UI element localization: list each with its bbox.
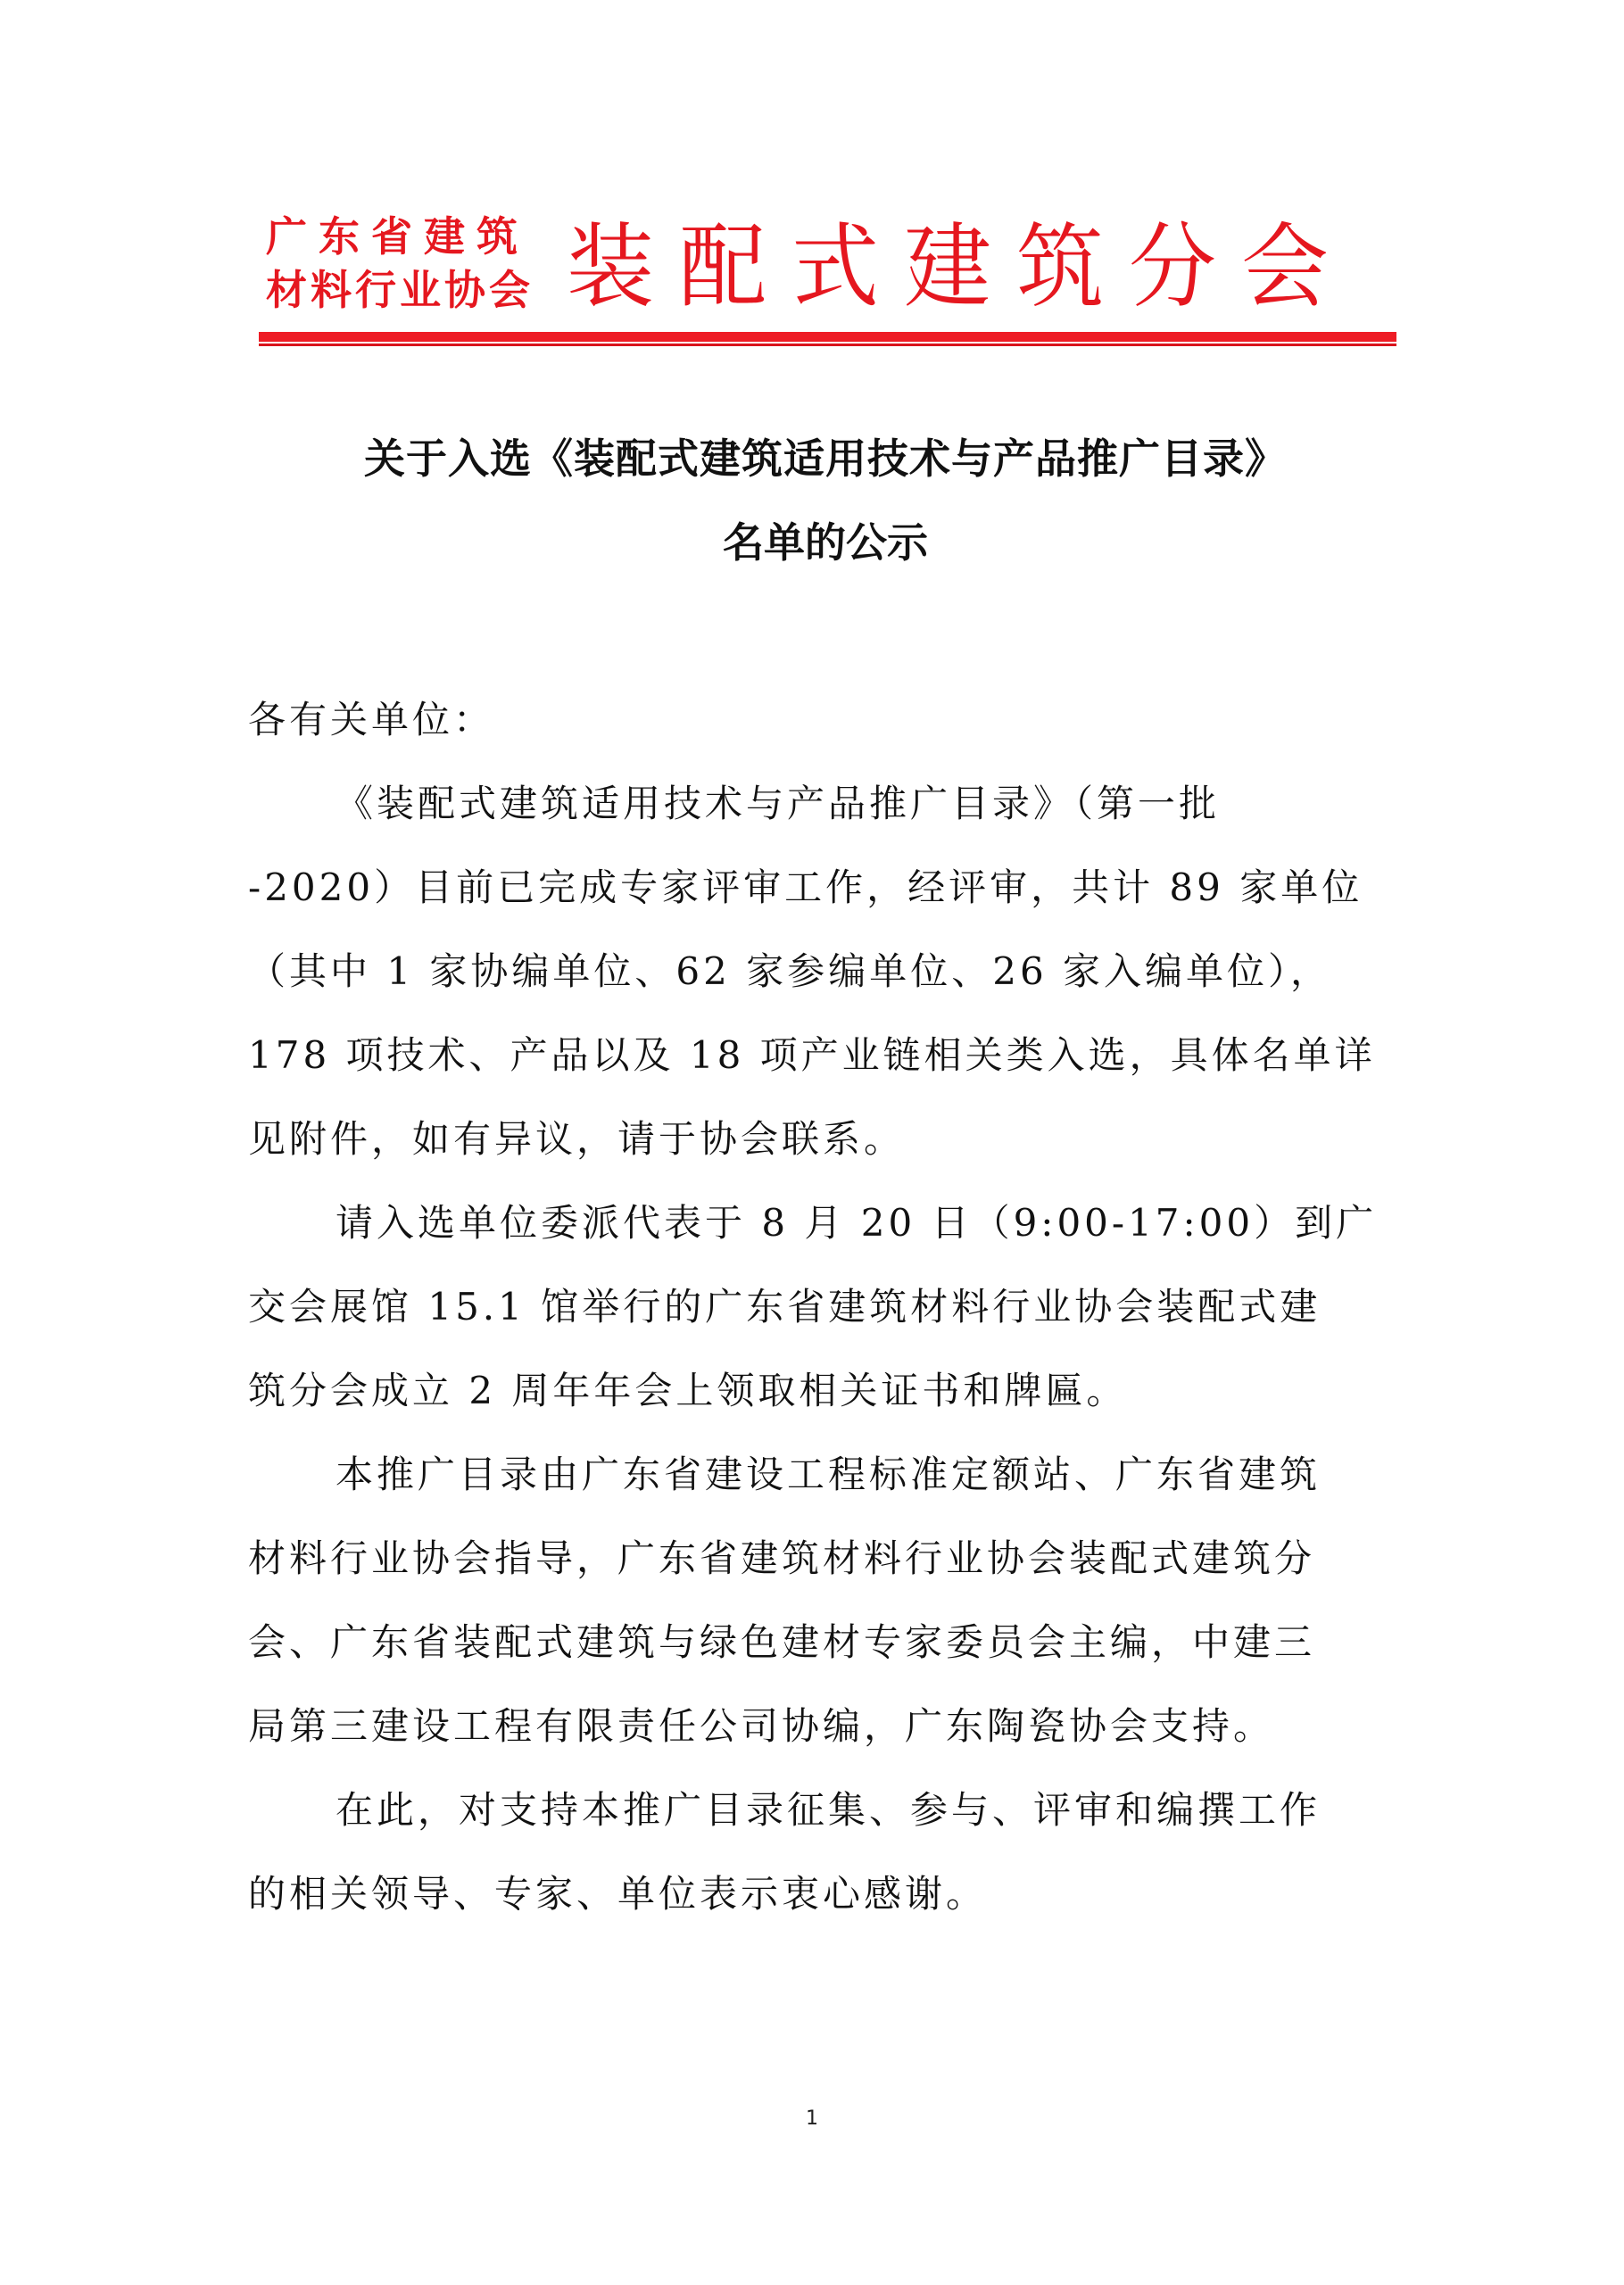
letterhead-rule-thin	[259, 344, 1396, 346]
paragraph-3: 本推广目录由广东省建设工程标准定额站、广东省建筑 材料行业协会指导，广东省建筑材…	[248, 1433, 1408, 1768]
paragraph-4: 在此，对支持本推广目录征集、参与、评审和编撰工作 的相关领导、专家、单位表示衷心…	[248, 1768, 1408, 1936]
page-number: 1	[0, 2107, 1624, 2130]
paragraph-line: 请入选单位委派代表于 8 月 20 日（9:00-17:00）到广	[248, 1181, 1408, 1265]
paragraph-line: 交会展馆 15.1 馆举行的广东省建筑材料行业协会装配式建	[248, 1265, 1408, 1349]
paragraph-line: 局第三建设工程有限责任公司协编，广东陶瓷协会支持。	[248, 1685, 1408, 1768]
paragraph-line: 在此，对支持本推广目录征集、参与、评审和编撰工作	[248, 1768, 1408, 1852]
paragraph-line: （其中 1 家协编单位、62 家参编单位、26 家入编单位），	[248, 930, 1408, 1014]
document-body: 各有关单位： 《装配式建筑适用技术与产品推广目录》（第一批 -2020）目前已完…	[248, 678, 1408, 1936]
paragraph-line: 筑分会成立 2 周年年会上领取相关证书和牌匾。	[248, 1349, 1408, 1433]
letterhead: 广东省建筑 材料行业协会 装配式建筑分会	[259, 205, 1396, 352]
paragraph-line: 《装配式建筑适用技术与产品推广目录》（第一批	[248, 762, 1408, 846]
document-title-line-2: 名单的公示	[250, 510, 1401, 569]
paragraph-line: 本推广目录由广东省建设工程标准定额站、广东省建筑	[248, 1433, 1408, 1517]
paragraph-line: 见附件，如有异议，请于协会联系。	[248, 1097, 1408, 1181]
paragraph-line: 的相关领导、专家、单位表示衷心感谢。	[248, 1852, 1408, 1936]
association-name: 广东省建筑 材料行业协会	[266, 210, 534, 317]
document-page: 广东省建筑 材料行业协会 装配式建筑分会 关于入选《装配式建筑适用技术与产品推广…	[0, 0, 1624, 2285]
paragraph-line: -2020）目前已完成专家评审工作，经评审，共计 89 家单位	[248, 846, 1408, 930]
paragraph-line: 材料行业协会指导，广东省建筑材料行业协会装配式建筑分	[248, 1517, 1408, 1601]
association-name-line-2: 材料行业协会	[266, 263, 534, 317]
letterhead-rule-thick	[259, 332, 1396, 342]
association-name-line-1: 广东省建筑	[266, 210, 534, 263]
paragraph-line: 178 项技术、产品以及 18 项产业链相关类入选，具体名单详	[248, 1014, 1408, 1097]
paragraph-line: 会、广东省装配式建筑与绿色建材专家委员会主编，中建三	[248, 1601, 1408, 1685]
paragraph-1: 《装配式建筑适用技术与产品推广目录》（第一批 -2020）目前已完成专家评审工作…	[248, 762, 1408, 1181]
paragraph-2: 请入选单位委派代表于 8 月 20 日（9:00-17:00）到广 交会展馆 1…	[248, 1181, 1408, 1433]
salutation: 各有关单位：	[248, 678, 1408, 762]
branch-name: 装配式建筑分会	[567, 216, 1354, 319]
document-title-line-1: 关于入选《装配式建筑适用技术与产品推广目录》	[250, 426, 1401, 485]
